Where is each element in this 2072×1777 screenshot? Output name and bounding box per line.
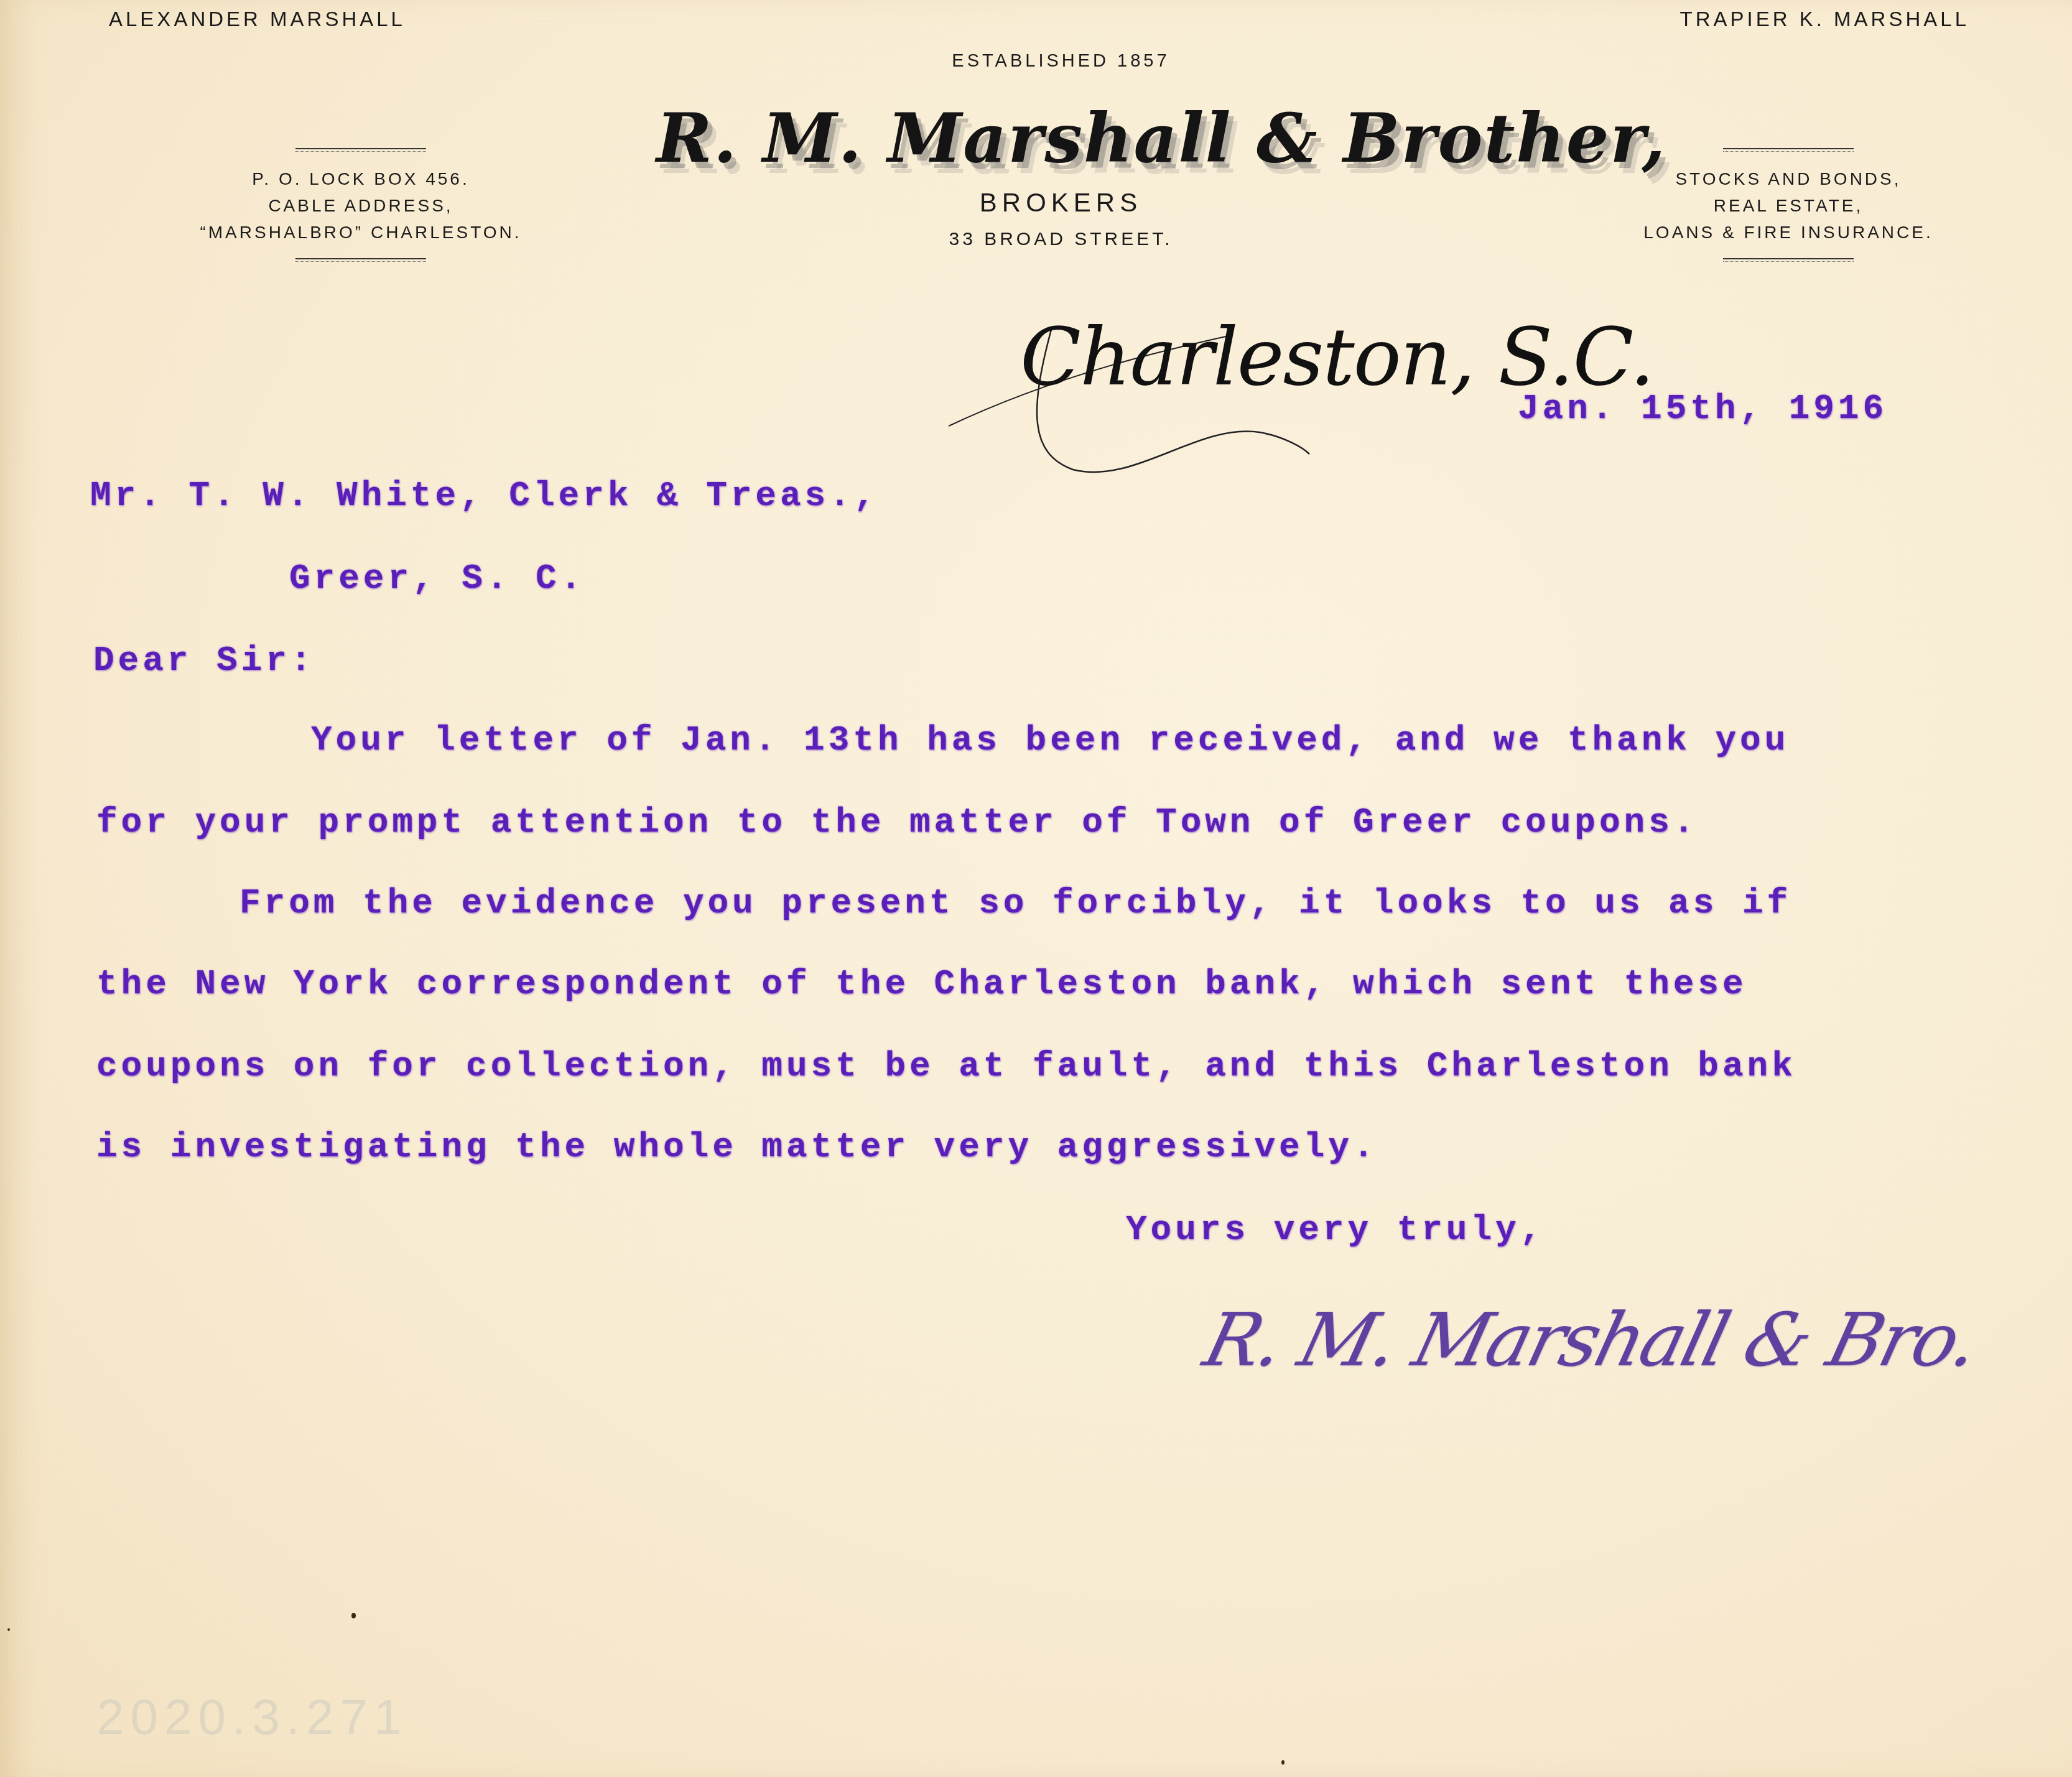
body-line: coupons on for collection, must be at fa… bbox=[96, 1046, 1796, 1086]
salutation: Dear Sir: bbox=[93, 641, 315, 680]
partner-name-right: TRAPIER K. MARSHALL bbox=[1680, 7, 1969, 31]
ornamental-rule-top bbox=[295, 148, 426, 152]
paper-speck bbox=[351, 1613, 356, 1618]
accession-number-bleed: 2020.3.271 bbox=[96, 1689, 407, 1746]
partner-name-left: ALEXANDER MARSHALL bbox=[109, 7, 406, 31]
cable-address-value: “MARSHALBRO” CHARLESTON. bbox=[187, 219, 535, 246]
letter-page: ALEXANDER MARSHALL TRAPIER K. MARSHALL E… bbox=[0, 0, 2072, 1777]
ornamental-rule-bottom bbox=[295, 258, 426, 262]
body-line: is investigating the whole matter very a… bbox=[96, 1127, 1377, 1167]
services-block: STOCKS AND BONDS, REAL ESTATE, LOANS & F… bbox=[1602, 148, 1975, 262]
closing: Yours very truly, bbox=[1126, 1210, 1545, 1250]
contact-block: P. O. LOCK BOX 456. CABLE ADDRESS, “MARS… bbox=[187, 148, 535, 262]
service-stocks-bonds: STOCKS AND BONDS, bbox=[1602, 165, 1975, 192]
body-line: for your prompt attention to the matter … bbox=[96, 802, 1698, 842]
body-line: the New York correspondent of the Charle… bbox=[96, 964, 1747, 1004]
firm-name: R. M. Marshall & Brother, bbox=[656, 100, 1666, 178]
cable-address-label: CABLE ADDRESS, bbox=[187, 192, 535, 219]
paper-speck bbox=[1281, 1760, 1285, 1765]
paper-speck bbox=[7, 1628, 10, 1631]
letter-date: Jan. 15th, 1916 bbox=[1518, 389, 1887, 429]
ornamental-rule-bottom bbox=[1723, 258, 1854, 262]
handwritten-signature: R. M. Marshall & Bro. bbox=[1196, 1297, 1986, 1383]
body-line: From the evidence you present so forcibl… bbox=[239, 883, 1791, 923]
po-box-line: P. O. LOCK BOX 456. bbox=[187, 165, 535, 192]
service-loans-insurance: LOANS & FIRE INSURANCE. bbox=[1602, 219, 1975, 246]
recipient-location: Greer, S. C. bbox=[289, 559, 585, 598]
service-real-estate: REAL ESTATE, bbox=[1602, 192, 1975, 219]
ornamental-rule-top bbox=[1723, 148, 1854, 152]
recipient-name: Mr. T. W. White, Clerk & Treas., bbox=[90, 476, 878, 516]
body-line: Your letter of Jan. 13th has been receiv… bbox=[311, 720, 1789, 760]
established-line: ESTABLISHED 1857 bbox=[25, 51, 2072, 72]
